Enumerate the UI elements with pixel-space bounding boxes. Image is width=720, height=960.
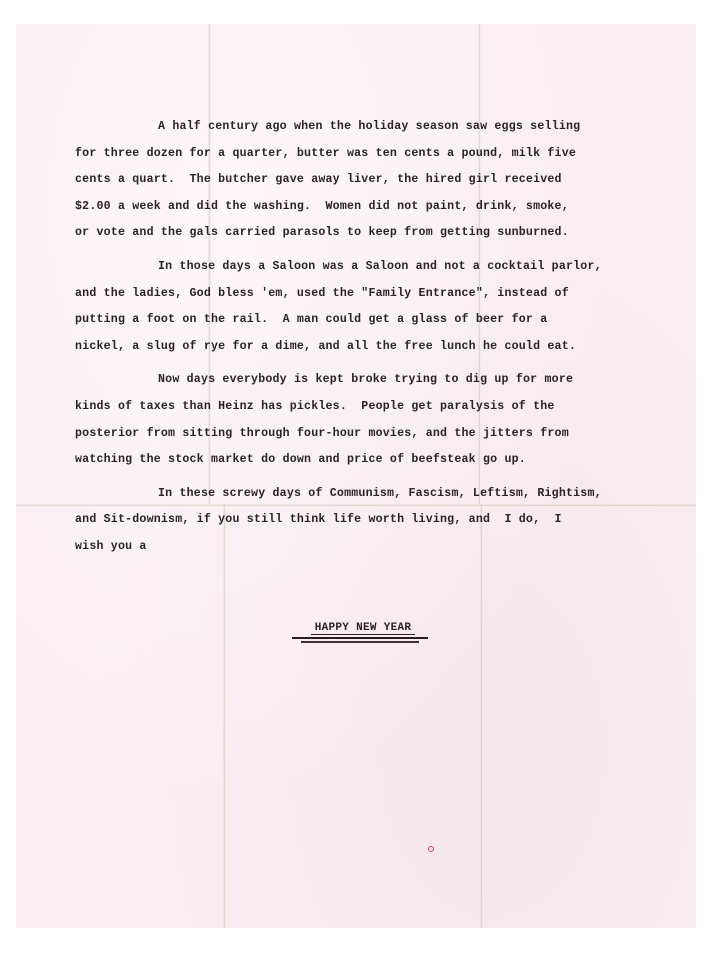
text-line: In those days a Saloon was a Saloon and … bbox=[75, 254, 675, 281]
fold-line-vertical-left-lower bbox=[223, 504, 226, 928]
text-line: putting a foot on the rail. A man could … bbox=[75, 307, 675, 334]
underline-rule bbox=[301, 641, 419, 643]
letter-body: A half century ago when the holiday seas… bbox=[75, 114, 675, 561]
text-line: wish you a bbox=[75, 534, 675, 561]
text-line: watching the stock market do down and pr… bbox=[75, 447, 675, 474]
text-line: kinds of taxes than Heinz has pickles. P… bbox=[75, 394, 675, 421]
text-line: for three dozen for a quarter, butter wa… bbox=[75, 141, 675, 168]
paragraph-screwy-days: In these screwy days of Communism, Fasci… bbox=[75, 481, 675, 561]
paragraph-half-century: A half century ago when the holiday seas… bbox=[75, 114, 675, 247]
happy-new-year-heading: HAPPY NEW YEAR bbox=[311, 622, 416, 635]
underline-rule bbox=[292, 637, 428, 639]
fold-line-vertical-right-lower bbox=[480, 504, 483, 928]
text-line: and Sit-downism, if you still think life… bbox=[75, 507, 675, 534]
paragraph-gap bbox=[75, 360, 675, 367]
closing-greeting: HAPPY NEW YEAR bbox=[298, 622, 428, 643]
text-line: $2.00 a week and did the washing. Women … bbox=[75, 194, 675, 221]
typed-letter-page: A half century ago when the holiday seas… bbox=[16, 24, 696, 928]
text-line: In these screwy days of Communism, Fasci… bbox=[75, 481, 675, 508]
text-line: Now days everybody is kept broke trying … bbox=[75, 367, 675, 394]
paragraph-saloon: In those days a Saloon was a Saloon and … bbox=[75, 254, 675, 360]
paragraph-gap bbox=[75, 247, 675, 254]
text-line: posterior from sitting through four-hour… bbox=[75, 421, 675, 448]
paragraph-now-days: Now days everybody is kept broke trying … bbox=[75, 367, 675, 473]
paragraph-gap bbox=[75, 474, 675, 481]
text-line: and the ladies, God bless 'em, used the … bbox=[75, 281, 675, 308]
text-line: nickel, a slug of rye for a dime, and al… bbox=[75, 334, 675, 361]
ink-speck bbox=[428, 846, 434, 852]
text-line: A half century ago when the holiday seas… bbox=[75, 114, 675, 141]
text-line: cents a quart. The butcher gave away liv… bbox=[75, 167, 675, 194]
text-line: or vote and the gals carried parasols to… bbox=[75, 220, 675, 247]
